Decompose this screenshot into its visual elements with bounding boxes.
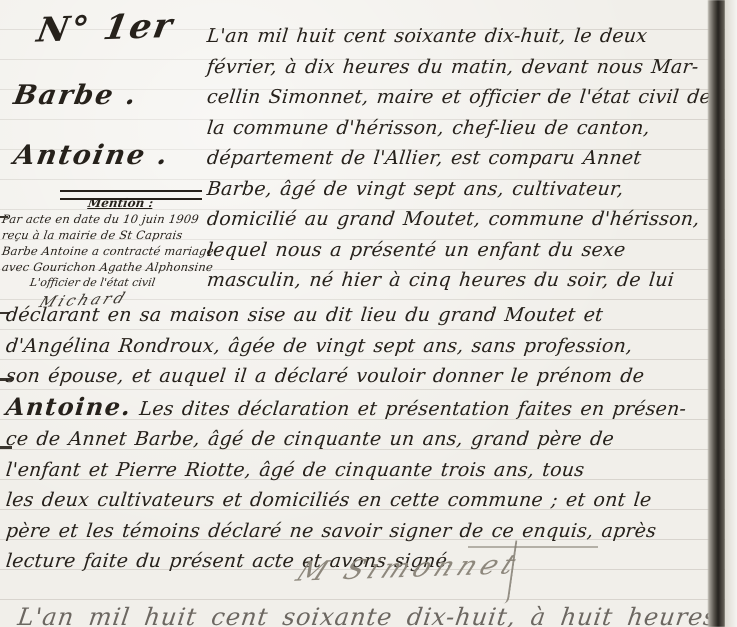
- act-line: Barbe, âgé de vingt sept ans, cultivateu…: [205, 174, 713, 205]
- act-line: son épouse, et auquel il a déclaré voulo…: [4, 361, 719, 392]
- act-line-with-name: Antoine. Les dites déclaration et présen…: [4, 392, 719, 425]
- next-act-partial-line: L'an mil huit cent soixante dix-huit, à …: [16, 603, 720, 627]
- mention-line: avec Gourichon Agathe Alphonsine: [1, 259, 203, 275]
- closing-dash-stroke: [468, 546, 598, 548]
- act-line: ce de Annet Barbe, âgé de cinquante un a…: [4, 424, 719, 455]
- act-line: cellin Simonnet, maire et officier de l'…: [205, 82, 713, 113]
- mention-title: Mention :: [87, 196, 159, 210]
- act-body-indented: L'an mil huit cent soixante dix-huit, le…: [207, 21, 712, 296]
- record-number: N° 1er: [34, 5, 192, 50]
- page-edge-strip: [725, 0, 737, 627]
- child-name-emphasis: Antoine.: [5, 392, 133, 421]
- act-line: département de l'Allier, est comparu Ann…: [205, 143, 713, 174]
- marginal-mention-note: Mention : Par acte en date du 10 juin 19…: [2, 190, 202, 307]
- act-line: masculin, né hier à cinq heures du soir,…: [205, 265, 713, 296]
- act-line: L'an mil huit cent soixante dix-huit, le…: [205, 21, 713, 52]
- act-line: février, à dix heures du matin, devant n…: [205, 52, 713, 83]
- mention-line: Par acte en date du 10 juin 1909: [1, 211, 203, 227]
- mention-line: Barbe Antoine a contracté mariage: [1, 243, 203, 259]
- act-line: père et les témoins déclaré ne savoir si…: [4, 516, 719, 547]
- act-line: domicilié au grand Moutet, commune d'hér…: [205, 204, 713, 235]
- act-line: lequel nous a présenté un enfant du sexe: [205, 235, 713, 266]
- page-binding-shadow: [708, 0, 725, 627]
- act-line: d'Angélina Rondroux, âgée de vingt sept …: [4, 331, 719, 362]
- mention-line: reçu à la mairie de St Caprais: [1, 227, 203, 243]
- act-line: la commune d'hérisson, chef-lieu de cant…: [205, 113, 713, 144]
- register-page-scan: N° 1er Barbe . Antoine . Mention : Par a…: [0, 0, 737, 627]
- margin-given-name: Antoine .: [11, 140, 171, 171]
- act-body-full-width: déclarant en sa maison sise au dit lieu …: [6, 300, 718, 577]
- margin-surname: Barbe .: [11, 80, 140, 111]
- act-line: déclarant en sa maison sise au dit lieu …: [4, 300, 719, 331]
- act-line-rest: Les dites déclaration et présentation fa…: [130, 398, 687, 420]
- margin-tick: [0, 216, 8, 218]
- act-line: l'enfant et Pierre Riotte, âgé de cinqua…: [4, 455, 719, 486]
- act-line: les deux cultivateurs et domiciliés en c…: [4, 485, 719, 516]
